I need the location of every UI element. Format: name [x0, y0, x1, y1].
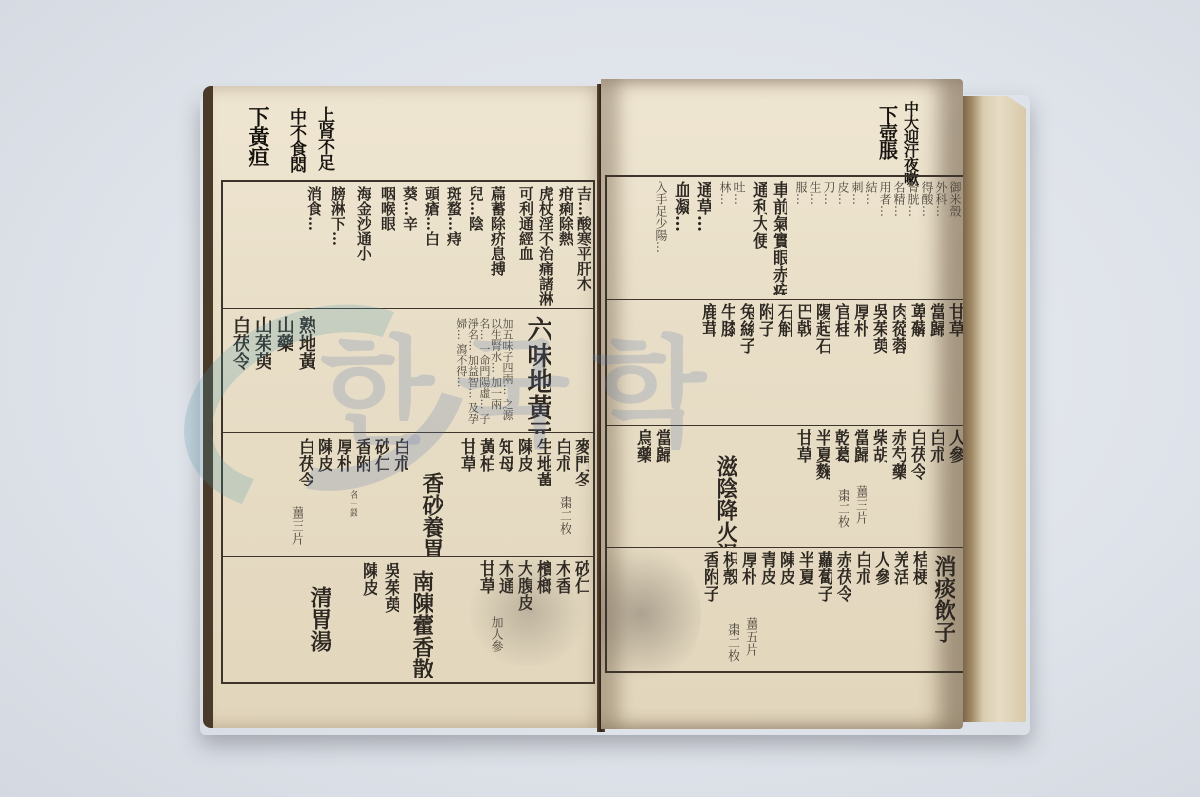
- text-column: 入手足少陽…: [654, 181, 667, 295]
- text-column: 林…: [718, 181, 731, 295]
- dose-note: 棗二枚: [725, 623, 739, 663]
- herb-name: 赤茯令: [834, 551, 851, 605]
- herb-name: 陳皮: [515, 438, 532, 486]
- left-page: 上肾不足 中不食悶 下黃疸 吉…酸寒平肝木 疳痢除熱 虎杖淫不治痛諸淋 可利通經…: [203, 86, 611, 728]
- dose-note: 棗二枚: [557, 496, 571, 536]
- herb-name: 陳皮: [777, 551, 794, 595]
- text-column: 結…: [864, 181, 877, 295]
- herb-name: 牛膝: [718, 303, 735, 347]
- herb-name: 當歸: [653, 429, 670, 473]
- bottom-band: 砂仁 木香 檳榔 大腹皮 木通 甘草 南陳藿香散 清胃湯 吳茱萸 陳皮 加人參: [223, 556, 593, 680]
- text-column: 虎杖淫不治痛諸淋: [537, 186, 553, 306]
- text-column: 頭瘡…白: [424, 186, 439, 306]
- herb-name: 白朮: [553, 438, 570, 486]
- prescription-title: 六味地黃元: [525, 316, 551, 434]
- herb-name: 木香: [553, 560, 570, 610]
- herb-name: 吳茱萸: [870, 303, 887, 367]
- page-stack-edge: [960, 96, 1026, 722]
- text-column: 咽喉眼: [380, 186, 395, 306]
- herb-name: 石斛: [775, 303, 792, 347]
- herb-name: 人參: [946, 429, 963, 473]
- herb-name: 羌活: [891, 551, 908, 595]
- herb-name: 檳榔: [534, 560, 551, 610]
- text-column: 海金沙通小: [356, 186, 371, 306]
- herb-name: 砂仁: [372, 438, 389, 486]
- top-band: 御米殼 外科… 得酸… 腎胱… 名精… 用者… 結… 刺… 皮… 刀… 生… 服…: [607, 177, 963, 300]
- herb-name: 桔梗: [910, 551, 927, 595]
- text-column: 斑蝥…痔: [446, 186, 461, 306]
- text-column: 吉…酸寒平肝木: [576, 186, 591, 306]
- herb-name: 甘草: [477, 560, 494, 610]
- dose-note: 各一錢: [348, 490, 357, 530]
- text-column: 御米殼: [948, 181, 961, 295]
- text-column: 萹蓄除疥息搏: [490, 186, 505, 306]
- herb-name: 厚朴: [334, 438, 351, 486]
- text-column: 外科…: [934, 181, 947, 295]
- herb-name: 巴戟: [794, 303, 811, 347]
- herb-row: 桔梗 羌活 人參 白朮 赤茯令 蘿蔔子 半夏 陳皮 青皮 厚朴 枳殼 香附子: [701, 551, 927, 605]
- open-book: 上肾不足 中不食悶 下黃疸 吉…酸寒平肝木 疳痢除熱 虎杖淫不治痛諸淋 可利通經…: [0, 0, 1200, 797]
- handwritten-note: 下壺脹: [877, 105, 896, 159]
- herb-name: 半夏: [796, 551, 813, 595]
- herb-name: 當歸: [927, 303, 944, 347]
- prescription-notes: 加五味子四兩… 之源以生腎水… 加一兩名… 一命門陽虛… 子淨名… 加益智… 及…: [323, 318, 513, 428]
- text-column: 葵…辛: [402, 186, 417, 306]
- herb-name: 白朮: [927, 429, 944, 473]
- herb-name: 砂仁: [572, 560, 589, 610]
- text-column: 膀淋下…: [330, 186, 345, 306]
- herb-name: 枳殼: [720, 551, 737, 595]
- herb-name: 甘草: [458, 438, 475, 486]
- herb-name: 厚朴: [851, 303, 868, 347]
- text-column: 消食…: [306, 186, 321, 306]
- herb-name: 熟地黃: [297, 316, 315, 386]
- text-column: 皮…: [836, 181, 849, 295]
- text-column: 通利大便: [750, 181, 767, 295]
- herb-name: 兔絲子: [737, 303, 754, 367]
- dose-note: 薑三片: [289, 506, 303, 546]
- text-column: 刺…: [850, 181, 863, 295]
- prescription-title: 滋陰降火湯: [715, 455, 737, 547]
- herb-name: 肉蓯蓉: [889, 303, 906, 367]
- text-column: 服…: [794, 181, 807, 295]
- herb-name: 山茱萸: [253, 316, 271, 386]
- herb-name: 白茯令: [908, 429, 925, 483]
- herb-name: 陽起石: [813, 303, 830, 367]
- herb-name: 甘草: [794, 429, 811, 473]
- top-band: 吉…酸寒平肝木 疳痢除熱 虎杖淫不治痛諸淋 可利通經血 萹蓄除疥息搏 兒…陰 斑…: [223, 182, 593, 309]
- herb-name: 官桂: [832, 303, 849, 347]
- herb-name: 生地黃: [534, 438, 551, 486]
- herb-name: 陳皮: [360, 562, 377, 602]
- printed-frame: 吉…酸寒平肝木 疳痢除熱 虎杖淫不治痛諸淋 可利通經血 萹蓄除疥息搏 兒…陰 斑…: [221, 180, 595, 684]
- herb-name: 陳皮: [315, 438, 332, 486]
- dose-note: 棗二枚: [835, 489, 849, 529]
- herb-name: 吳茱萸: [382, 562, 399, 622]
- herb-name: 當歸: [851, 429, 868, 473]
- herb-row: 砂仁 木香 檳榔 大腹皮 木通 甘草: [477, 560, 589, 620]
- dose-note: 加人參: [490, 616, 503, 676]
- herb-name: 萆薢: [908, 303, 925, 347]
- text-column: 名精…: [892, 181, 905, 295]
- herb-name: 白朮: [391, 438, 408, 486]
- prescription-title: 消痰飲子: [933, 555, 955, 665]
- prescription-title: 香砂養胃湯: [421, 472, 443, 556]
- printed-frame: 御米殼 外科… 得酸… 腎胱… 名精… 用者… 結… 刺… 皮… 刀… 生… 服…: [605, 175, 963, 673]
- herb-name: 知母: [496, 438, 513, 486]
- herb-name: 麥門冬: [572, 438, 589, 486]
- handwritten-note: 下黃疸: [248, 106, 269, 166]
- middle-section: 六味地黃元 加五味子四兩… 之源以生腎水… 加一兩名… 一命門陽虛… 子淨名… …: [223, 308, 593, 433]
- herb-name: 香附子: [701, 551, 718, 605]
- herb-name: 木通: [496, 560, 513, 610]
- lower-band: 麥門冬 白朮 生地黃 陳皮 知母 黃柏 甘草 白朮 砂仁 香附 厚朴 陳皮 白茯…: [223, 432, 593, 557]
- herb-name: 附子: [756, 303, 773, 347]
- dose-note: 薑五片: [743, 617, 757, 657]
- herb-band: 甘草 當歸 萆薢 肉蓯蓉 吳茱萸 厚朴 官桂 陽起石 巴戟 石斛 附子 兔絲子 …: [607, 299, 963, 426]
- herb-name: 半夏麴: [813, 429, 830, 483]
- bottom-band: 桔梗 羌活 人參 白朮 赤茯令 蘿蔔子 半夏 陳皮 青皮 厚朴 枳殼 香附子 消…: [607, 547, 963, 669]
- text-column: 可利通經血: [518, 186, 533, 306]
- text-column: 疳痢除熱: [558, 186, 573, 306]
- herb-name: 香附: [353, 438, 370, 486]
- herb-name: 人參: [872, 551, 889, 595]
- text-column: 刀…: [822, 181, 835, 295]
- lower-band: 人參 白朮 白茯令 赤芍藥 柴胡 當歸 乾葛 半夏麴 甘草 當歸 烏藥 滋陰降火…: [607, 425, 963, 548]
- text-column: 得酸…: [920, 181, 933, 295]
- text-column: 血凝…: [672, 181, 689, 295]
- herb-name: 白茯令: [296, 438, 313, 486]
- herb-name: 柴胡: [870, 429, 887, 473]
- text-column: 車前氣實眼赤疾小便: [770, 181, 787, 295]
- handwritten-note: 中大迎汗夜嗽: [903, 101, 918, 185]
- herb-row: 甘草 當歸 萆薢 肉蓯蓉 吳茱萸 厚朴 官桂 陽起石 巴戟 石斛 附子 兔絲子 …: [699, 303, 963, 367]
- text-column: 通草…: [694, 181, 711, 295]
- right-page: 中大迎汗夜嗽 下壺脹 御米殼 外科… 得酸… 腎胱… 名精… 用者… 結… 刺……: [601, 79, 963, 729]
- dose-note: 薑三片: [853, 485, 867, 525]
- prescription-title: 南陳藿香散: [411, 570, 433, 678]
- herb-name: 白茯令: [231, 316, 249, 386]
- handwritten-note: 上肾不足: [315, 106, 332, 170]
- herb-name: 厚朴: [739, 551, 756, 595]
- herb-name: 赤芍藥: [889, 429, 906, 483]
- text-column: 生…: [808, 181, 821, 295]
- text-column: 用者…: [878, 181, 891, 295]
- herb-name: 山藥: [275, 316, 293, 366]
- herb-name: 蘿蔔子: [815, 551, 832, 605]
- text-column: 兒…陰: [468, 186, 483, 306]
- text-column: 腎胱…: [906, 181, 919, 295]
- text-column: 吐…: [732, 181, 745, 295]
- herb-name: 甘草: [946, 303, 963, 347]
- herb-name: 黃柏: [477, 438, 494, 486]
- herb-name: 青皮: [758, 551, 775, 595]
- herb-name: 乾葛: [832, 429, 849, 473]
- handwritten-note: 中不食悶: [287, 108, 304, 172]
- herb-name: 鹿茸: [699, 303, 716, 347]
- prescription-title: 清胃湯: [309, 586, 331, 678]
- herb-row: 人參 白朮 白茯令 赤芍藥 柴胡 當歸 乾葛 半夏麴 甘草 當歸 烏藥: [634, 429, 963, 483]
- herb-name: 烏藥: [634, 429, 651, 473]
- herb-name: 大腹皮: [515, 560, 532, 620]
- herb-name: 白朮: [853, 551, 870, 595]
